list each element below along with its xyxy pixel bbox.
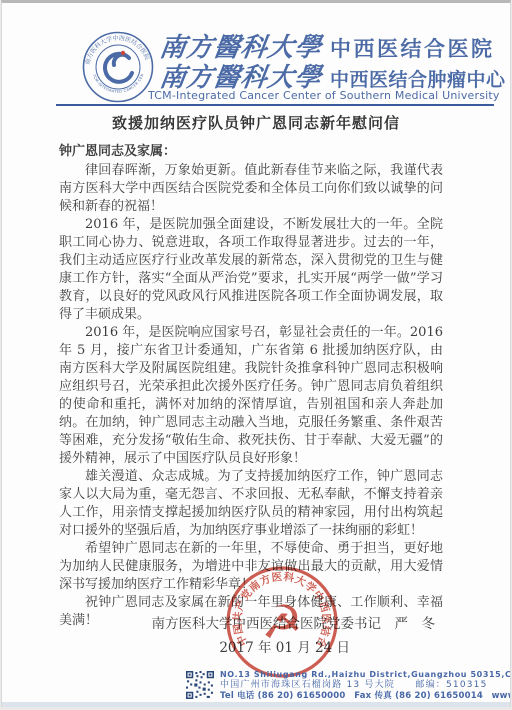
paragraph-4: 雄关漫道、众志成城。为了支持援加纳医疗工作，钟广恩同志家人以大局为重，毫无怨言、… bbox=[59, 468, 443, 540]
party-emblem-icon: ☭ bbox=[261, 595, 302, 649]
hospital-name-line-1: 南方醫科大學 中西医结合医院 bbox=[160, 27, 506, 57]
qr-code-icon bbox=[186, 671, 214, 699]
page-bottom-edge bbox=[2, 702, 510, 707]
footer-address-chinese: 中国广州市海珠区石榴岗路 13 号大院 邮编：510315 bbox=[220, 680, 508, 691]
logo-ring-top-text: 南方医科大学中西医结合医院 bbox=[83, 34, 151, 66]
paragraph-3: 2016 年，是医院响应国家号召，彰显社会责任的一年。2016 年 5 月，接广… bbox=[59, 324, 443, 468]
footer-tel-fax-web: Tel 电话 (86 20) 61650000 Fax 传真 (86 20) 6… bbox=[220, 691, 508, 702]
paragraph-1: 律回春晖渐，万象始更新。值此新春佳节来临之际，我谨代表南方医科大学中西医结合医院… bbox=[59, 162, 443, 216]
header-divider bbox=[56, 104, 494, 106]
letter-title: 致援加纳医疗队员钟广恩同志新年慰问信 bbox=[2, 112, 510, 133]
footer-contact-block: NO.13 Shiliugang Rd.,Haizhu District,Gua… bbox=[220, 669, 508, 702]
hospital-name-regular-1: 中西医结合医院 bbox=[330, 33, 495, 63]
svg-text:南方医科大学中西医结合医院: 南方医科大学中西医结合医院 bbox=[83, 34, 151, 66]
logo-swirl-icon bbox=[105, 54, 132, 82]
hospital-names: 南方醫科大學 中西医结合医院 南方醫科大學 中西医结合肿瘤中心 bbox=[160, 27, 506, 87]
hospital-english-name: TCM-Integrated Cancer Center of Southern… bbox=[148, 89, 500, 102]
footer-address-english: NO.13 Shiliugang Rd.,Haizhu District,Gua… bbox=[220, 669, 508, 680]
hospital-name-regular-2: 中西医结合肿瘤中心 bbox=[330, 65, 506, 92]
letter-page: 南方医科大学中西医结合医院 TCM-INTEGRATED CANCER CENT… bbox=[1, 0, 511, 707]
paragraph-2: 2016 年，是医院加强全面建设，不断发展壮大的一年。全院职工同心协力、锐意进取… bbox=[59, 216, 443, 324]
salutation: 钟广恩同志及家属： bbox=[59, 143, 443, 161]
logo-red-dot-icon bbox=[121, 51, 125, 55]
hospital-logo-icon: 南方医科大学中西医结合医院 TCM-INTEGRATED CANCER CENT… bbox=[81, 30, 155, 104]
